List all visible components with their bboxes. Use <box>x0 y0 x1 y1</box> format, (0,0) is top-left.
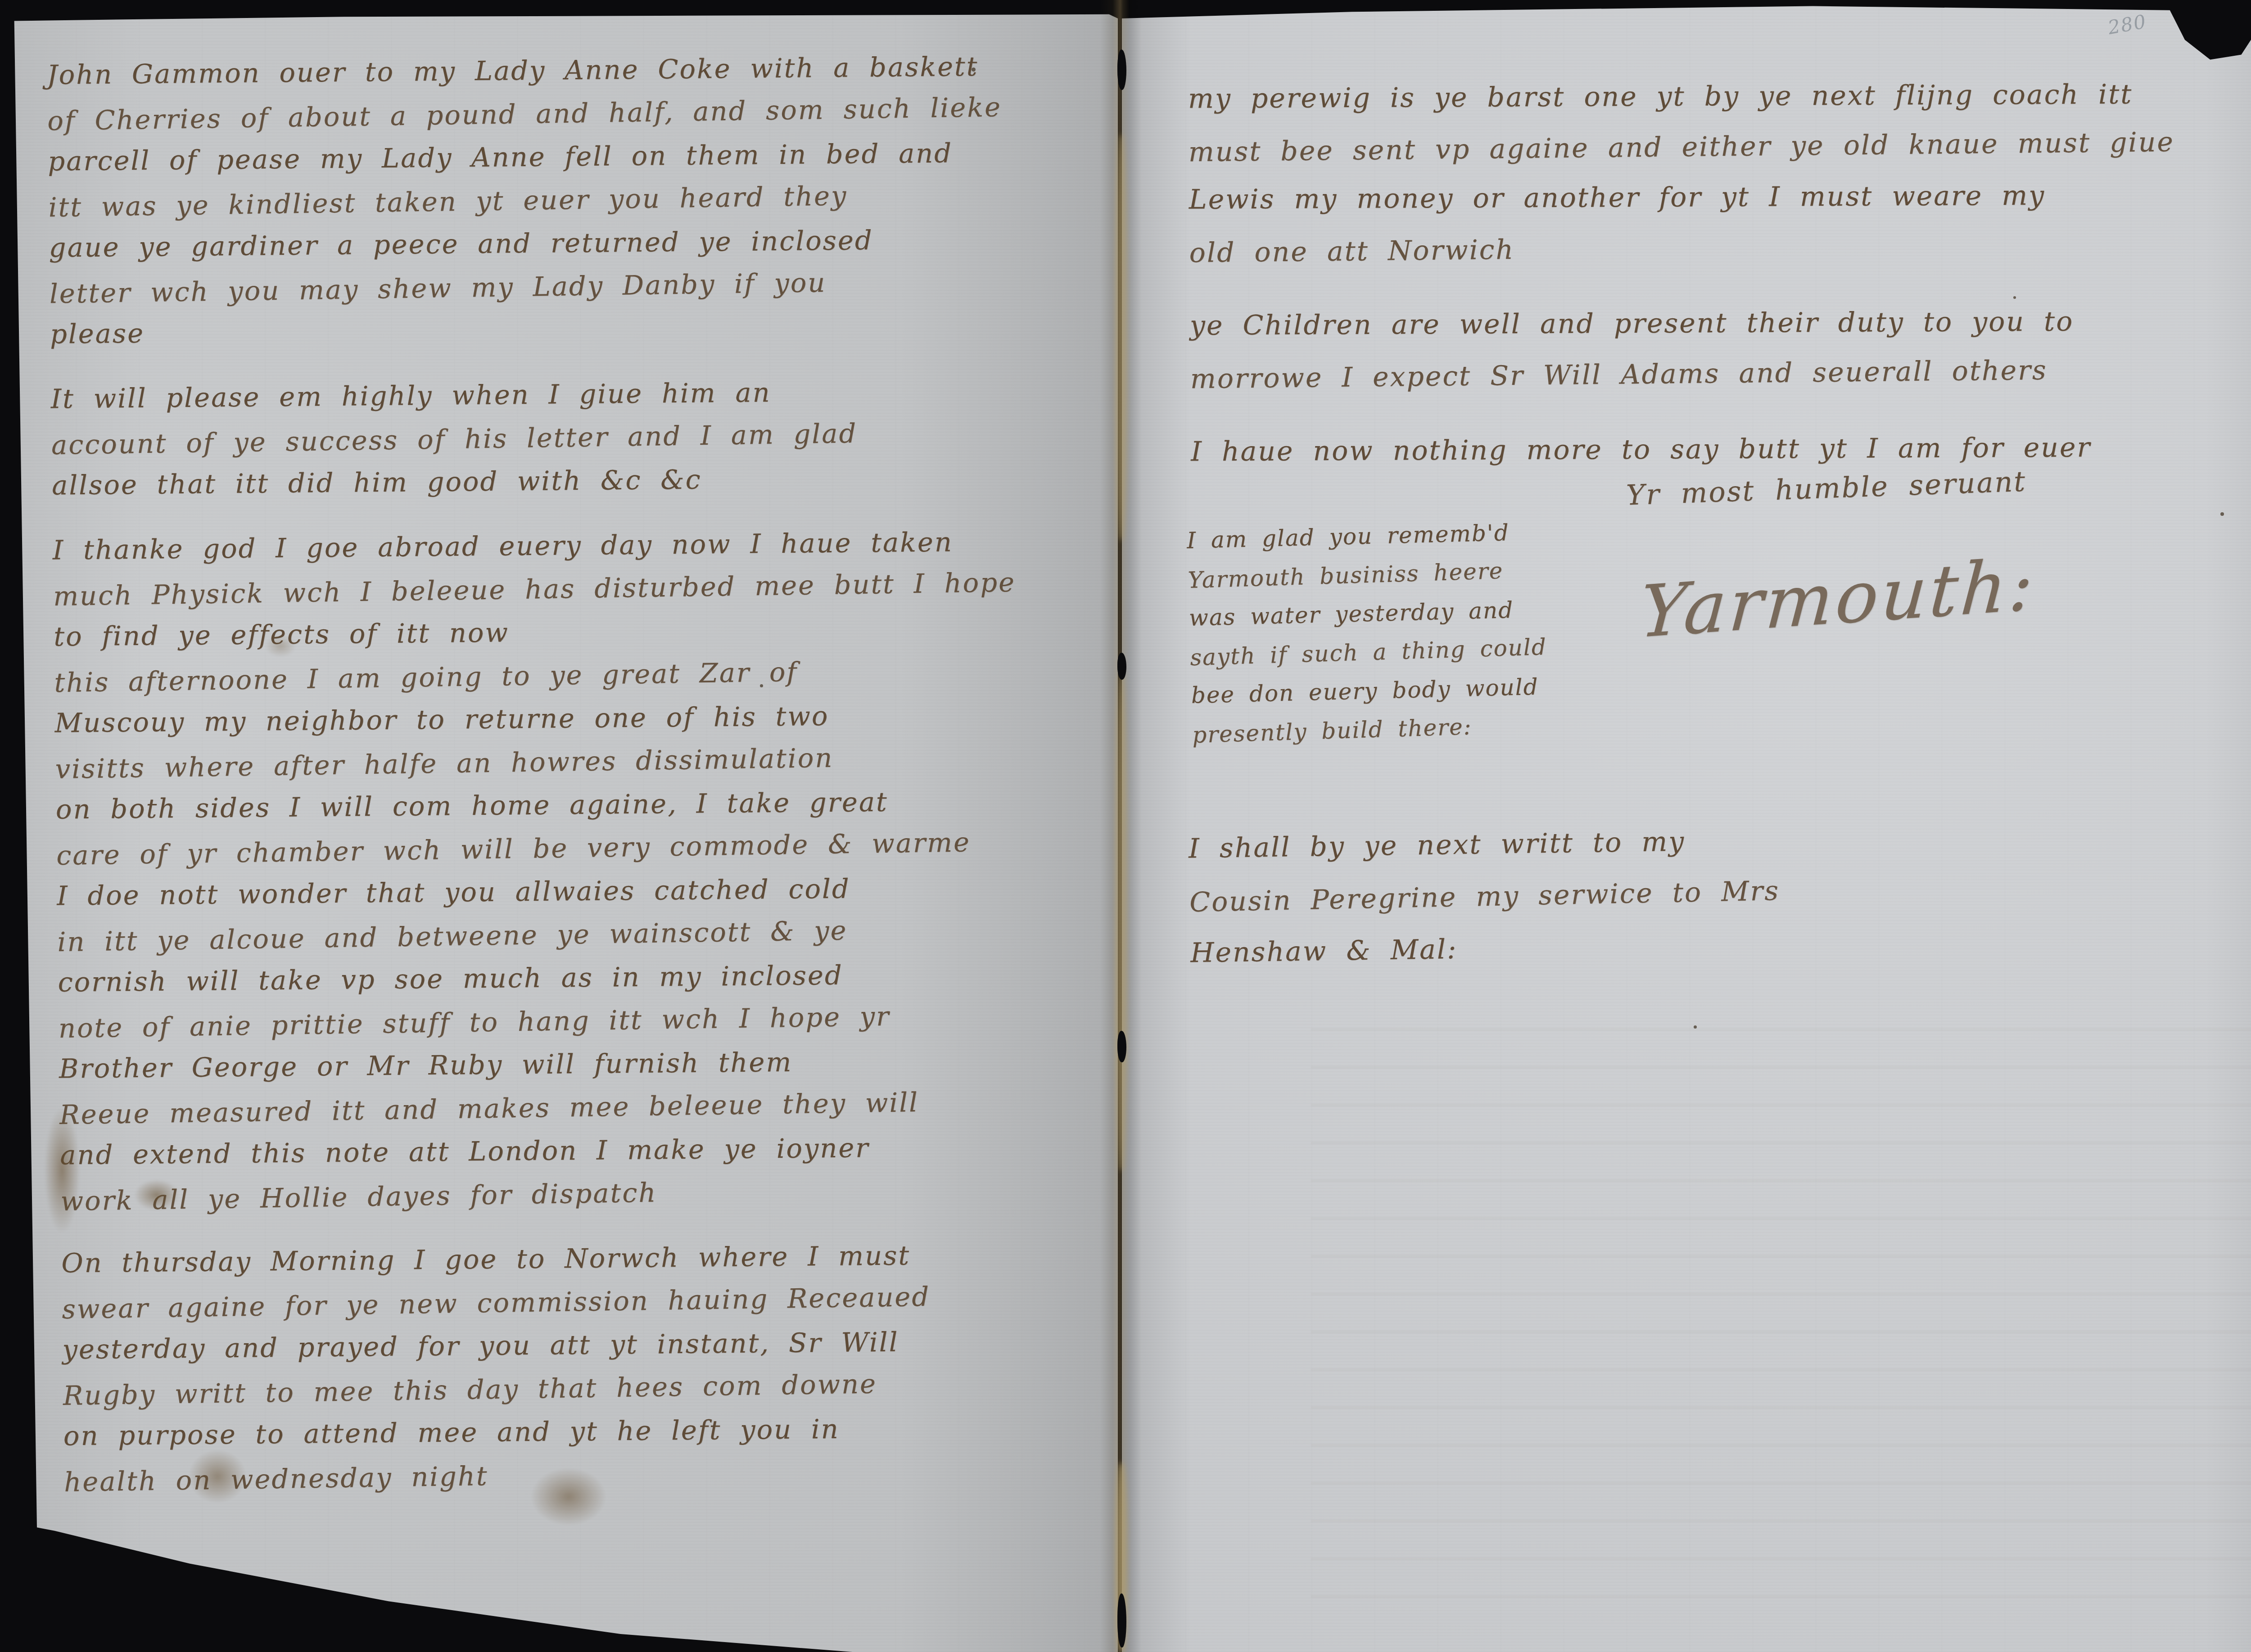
manuscript-line: I haue now nothing more to say butt yt I… <box>1191 421 2251 477</box>
manuscript-line: I shall by ye next writt to my <box>1188 814 1779 875</box>
right-page-text: my perewig is ye barst one yt by ye next… <box>1188 67 2251 479</box>
ink-speck <box>2220 512 2224 516</box>
manuscript-line: Lewis my money or another for yt I must … <box>1189 169 2251 225</box>
manuscript-line: ye Children are well and present their d… <box>1190 295 2251 351</box>
ink-speck <box>2013 296 2016 299</box>
manuscript-line: morrowe I expect Sr Will Adams and seuer… <box>1190 343 2251 405</box>
postscript: I shall by ye next writt to myCousin Per… <box>1188 813 1781 980</box>
manuscript-line: my perewig is ye barst one yt by ye next… <box>1188 68 2251 124</box>
margin-note: I am glad you rememb'dYarmouth businiss … <box>1186 512 1550 754</box>
manuscript-photo: John Gammon ouer to my Lady Anne Coke wi… <box>0 0 2251 1652</box>
paragraph: I thanke god I goe abroad euery day now … <box>52 518 1105 1222</box>
right-page: 280 my perewig is ye barst one yt by ye … <box>1122 4 2251 1652</box>
paragraph: my perewig is ye barst one yt by ye next… <box>1188 67 2251 277</box>
paragraph: John Gammon ouer to my Lady Anne Coke wi… <box>46 42 1094 357</box>
paragraph: On thursday Morning I goe to Norwch wher… <box>61 1231 1109 1503</box>
ink-showthrough <box>1311 994 2251 1633</box>
manuscript-line: old one att Norwich <box>1189 217 2251 279</box>
signature: Yarmouth: <box>1637 543 2039 654</box>
ink-speck <box>972 68 976 72</box>
manuscript-line: Cousin Peregrine my serwice to Mrs <box>1189 865 1780 929</box>
manuscript-line: allsoe that itt did him good with &c &c <box>52 455 1097 507</box>
paragraph: It will please em highly when I giue him… <box>50 366 1096 509</box>
left-page: John Gammon ouer to my Lady Anne Coke wi… <box>13 14 1118 1652</box>
page-number: 280 <box>2106 10 2148 39</box>
manuscript-line: must bee sent vp againe and either ye ol… <box>1188 116 2251 178</box>
paragraph: ye Children are well and present their d… <box>1189 294 2251 403</box>
paragraph: I haue now nothing more to say butt yt I… <box>1191 420 2251 479</box>
ink-speck <box>1694 1025 1697 1029</box>
left-page-text: John Gammon ouer to my Lady Anne Coke wi… <box>46 42 1108 1503</box>
ink-speck <box>760 684 763 687</box>
manuscript-line: please <box>50 303 1095 356</box>
manuscript-line: Henshaw & Mal: <box>1190 919 1781 979</box>
